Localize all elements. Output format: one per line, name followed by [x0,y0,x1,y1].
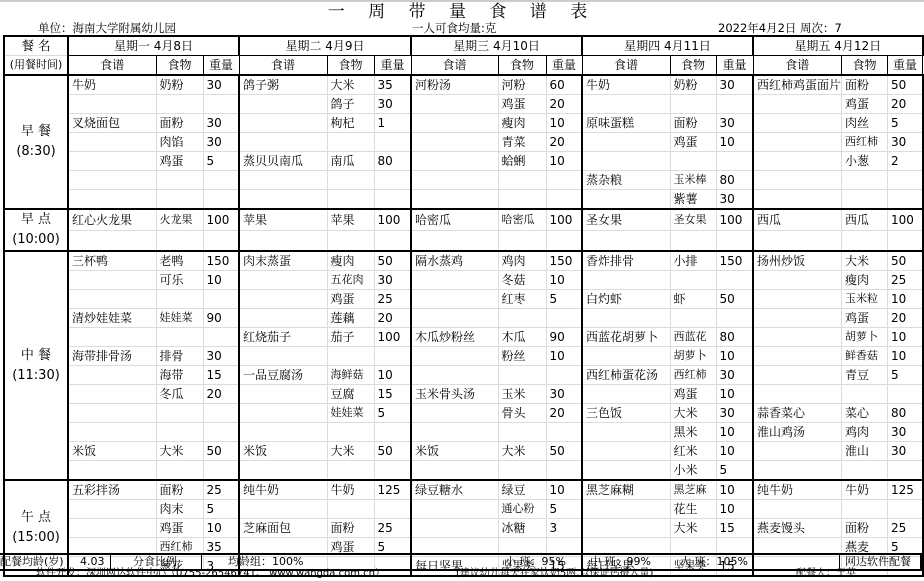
developer-credit: 软件开发：深圳网达软件中心（0755-26546741、 www.wangda.… [36,568,385,580]
menu-cell-dish: 河粉汤 [411,75,498,95]
menu-cell-food [156,328,203,347]
menu-cell-food: 河粉 [498,75,546,95]
menu-cell-qty: 50 [546,442,582,461]
column-header-qty: 重量 [888,56,923,76]
menu-cell-dish: 蒸杂粮 [582,171,670,190]
menu-cell-food: 娃娃菜 [156,309,203,328]
menu-cell-dish [411,95,498,114]
menu-cell-qty: 10 [546,152,582,171]
meal-time: (10:00) [5,230,67,250]
menu-row: 可乐10五花肉30冬菇10瘦肉25 [4,271,923,290]
meal-time: (8:30) [5,142,67,162]
menu-cell-qty: 150 [203,251,239,271]
menu-cell-qty [888,385,923,404]
menu-cell-dish [239,309,327,328]
menu-cell-dish: 木瓜炒粉丝 [411,328,498,347]
menu-cell-qty: 20 [374,309,411,328]
menu-cell-qty: 10 [546,114,582,133]
menu-cell-qty: 1 [374,114,411,133]
menu-cell-qty [546,171,582,190]
menu-cell-food: 鸡蛋 [670,133,716,152]
menu-cell-dish: 西瓜 [753,209,842,230]
menu-cell-qty [888,461,923,481]
menu-cell-food: 肉馅 [156,133,203,152]
menu-cell-dish [411,152,498,171]
menu-cell-dish [411,309,498,328]
menu-cell-qty: 10 [716,442,753,461]
meal-time-header: (用餐时间) [4,56,68,76]
menu-cell-dish: 白灼虾 [582,290,670,309]
menu-cell-food: 西蓝花 [670,328,716,347]
menu-cell-qty: 20 [888,95,923,114]
menu-cell-qty [203,95,239,114]
menu-cell-food: 大米 [842,251,888,271]
menu-row: 海带排骨汤排骨30粉丝10胡萝卜10鲜香菇10 [4,347,923,366]
menu-cell-food: 娃娃菜 [327,404,374,423]
menu-row: 红烧茄子茄子100木瓜炒粉丝木瓜90西蓝花胡萝卜西蓝花80胡萝卜10 [4,328,923,347]
menu-cell-dish [582,152,670,171]
menu-cell-food: 鸡蛋 [842,309,888,328]
menu-cell-food: 粉丝 [498,347,546,366]
menu-cell-food: 大米 [156,442,203,461]
menu-cell-food: 绿豆 [498,480,546,500]
menu-cell-food: 火龙果 [156,209,203,230]
menu-cell-qty [203,190,239,210]
day-header-2: 星期三 4月10日 [411,36,582,56]
menu-cell-dish [68,461,156,481]
menu-cell-food [498,461,546,481]
weekly-menu-table: 餐 名星期一 4月8日星期二 4月9日星期三 4月10日星期四 4月11日星期五… [3,35,924,577]
menu-cell-food [842,230,888,251]
menu-cell-food: 花生 [670,500,716,519]
menu-cell-food: 奶粉 [156,75,203,95]
column-header-dish: 食谱 [753,56,842,76]
menu-cell-food: 鸡蛋 [670,385,716,404]
menu-cell-qty: 15 [374,385,411,404]
menu-cell-qty: 30 [888,442,923,461]
menu-cell-qty [716,152,753,171]
menu-cell-qty: 80 [374,152,411,171]
menu-cell-dish [411,114,498,133]
menu-cell-dish [239,114,327,133]
menu-cell-qty: 125 [888,480,923,500]
menu-cell-qty: 30 [716,366,753,385]
menu-cell-qty: 10 [888,328,923,347]
menu-cell-qty: 100 [888,209,923,230]
meal-name-header: 餐 名 [4,36,68,56]
menu-cell-food: 苹果 [327,209,374,230]
day-header-0: 星期一 4月8日 [68,36,239,56]
menu-cell-food: 骨头 [498,404,546,423]
menu-cell-qty: 5 [716,461,753,481]
menu-cell-dish [753,190,842,210]
menu-cell-food: 老鸭 [156,251,203,271]
menu-cell-qty [546,230,582,251]
menu-cell-dish: 西红柿鸡蛋面片 [753,75,842,95]
menu-cell-dish [68,190,156,210]
menu-cell-dish [753,171,842,190]
menu-cell-dish: 淮山鸡汤 [753,423,842,442]
day-header-1: 星期二 4月9日 [239,36,411,56]
menu-cell-qty [546,190,582,210]
menu-cell-dish: 一品豆腐汤 [239,366,327,385]
menu-cell-dish [68,133,156,152]
menu-cell-dish [239,404,327,423]
menu-cell-dish [239,271,327,290]
menu-cell-food: 五花肉 [327,271,374,290]
menu-cell-qty: 10 [716,385,753,404]
menu-cell-qty: 2 [888,152,923,171]
menu-cell-dish [411,519,498,538]
menu-cell-dish [68,290,156,309]
menu-cell-food [156,95,203,114]
menu-cell-food [842,500,888,519]
menu-cell-dish [753,152,842,171]
meal-time: (15:00) [5,528,67,548]
menu-cell-qty: 10 [546,347,582,366]
menu-cell-dish: 芝麻面包 [239,519,327,538]
meal-name: 早 点 [5,210,67,230]
menu-cell-qty: 25 [374,519,411,538]
menu-cell-dish: 三色饭 [582,404,670,423]
menu-cell-food [327,461,374,481]
menu-cell-dish [411,500,498,519]
menu-cell-dish: 肉末蒸蛋 [239,251,327,271]
menu-cell-qty: 10 [888,290,923,309]
menu-cell-food [498,423,546,442]
menu-cell-qty: 90 [203,309,239,328]
unit-note: 一人可食均量:克 [412,20,496,36]
menu-cell-qty: 30 [716,75,753,95]
menu-row: 午 点(15:00)五彩拌汤面粉25纯牛奶牛奶125绿豆糖水绿豆10黑芝麻糊黑芝… [4,480,923,500]
menu-cell-food: 豆腐 [327,385,374,404]
menu-cell-food: 哈密瓜 [498,209,546,230]
menu-cell-dish: 苹果 [239,209,327,230]
column-header-dish: 食谱 [411,56,498,76]
menu-cell-food [670,230,716,251]
menu-cell-dish: 隔水蒸鸡 [411,251,498,271]
menu-cell-qty: 50 [716,290,753,309]
menu-cell-food: 牛奶 [327,480,374,500]
menu-cell-food: 面粉 [842,519,888,538]
menu-cell-dish [68,423,156,442]
menu-cell-qty: 10 [716,133,753,152]
menu-cell-qty [203,230,239,251]
menu-cell-food: 木瓜 [498,328,546,347]
menu-cell-food: 瘦肉 [498,114,546,133]
menu-cell-food: 鸡蛋 [156,519,203,538]
menu-cell-food [670,271,716,290]
menu-cell-dish [411,190,498,210]
menu-cell-dish [753,328,842,347]
meal-label: 早 点(10:00) [4,209,68,251]
menu-cell-dish [411,366,498,385]
menu-cell-qty [203,290,239,309]
menu-cell-dish [239,171,327,190]
menu-cell-qty: 20 [546,133,582,152]
menu-cell-qty: 20 [546,404,582,423]
menu-cell-dish: 鸽子粥 [239,75,327,95]
menu-cell-dish [582,347,670,366]
menu-cell-qty: 80 [888,404,923,423]
menu-cell-food: 玉米粒 [842,290,888,309]
header-row-columns: (用餐时间)食谱食物重量食谱食物重量食谱食物重量食谱食物重量食谱食物重量 [4,56,923,76]
menu-cell-food: 莲藕 [327,309,374,328]
meal-time: (11:30) [5,366,67,386]
menu-cell-qty: 15 [203,366,239,385]
menu-cell-qty [546,366,582,385]
menu-cell-dish [68,519,156,538]
menu-cell-food: 肉丝 [842,114,888,133]
menu-cell-food [327,500,374,519]
menu-cell-dish: 蒸贝贝南瓜 [239,152,327,171]
menu-cell-qty: 30 [203,347,239,366]
menu-cell-food: 西红柿 [670,366,716,385]
menu-cell-food [327,171,374,190]
menu-cell-dish [582,519,670,538]
menu-cell-food: 面粉 [842,75,888,95]
menu-cell-dish: 黑芝麻糊 [582,480,670,500]
menu-row: 紫薯30 [4,190,923,210]
menu-cell-qty: 10 [716,500,753,519]
menu-cell-food [156,190,203,210]
menu-cell-food: 鸡肉 [842,423,888,442]
menu-cell-qty: 80 [716,171,753,190]
meal-name: 中 餐 [5,346,67,366]
menu-cell-dish: 蒜香菜心 [753,404,842,423]
menu-cell-dish [582,385,670,404]
menu-cell-qty [716,230,753,251]
menu-row: 肉末5通心粉5花生10 [4,500,923,519]
menu-cell-dish: 红烧茄子 [239,328,327,347]
menu-cell-dish [411,171,498,190]
avg-age-label: 配餐均龄(岁) [0,555,64,569]
menu-cell-qty: 10 [546,480,582,500]
menu-cell-food [842,385,888,404]
menu-cell-dish [582,190,670,210]
menu-cell-qty: 30 [374,95,411,114]
menu-cell-qty [888,230,923,251]
menu-cell-food: 鸽子 [327,95,374,114]
menu-cell-qty [374,230,411,251]
menu-cell-dish [68,404,156,423]
avg-age-value: 4.03 [80,555,105,569]
menu-cell-food: 奶粉 [670,75,716,95]
menu-cell-qty: 30 [888,423,923,442]
menu-cell-dish: 西红柿蛋花汤 [582,366,670,385]
menu-cell-dish [239,190,327,210]
menu-cell-food: 面粉 [327,519,374,538]
menu-cell-qty: 30 [203,114,239,133]
menu-cell-food: 大米 [327,75,374,95]
menu-cell-food: 胡萝卜 [842,328,888,347]
menu-cell-dish: 哈密瓜 [411,209,498,230]
ratio-large-class: 大 班：105% [680,555,748,569]
menu-cell-food: 玉米棒 [670,171,716,190]
menu-row: 中 餐(11:30)三杯鸭老鸭150肉末蒸蛋瘦肉50隔水蒸鸡鸡肉150香炸排骨小… [4,251,923,271]
menu-cell-qty: 5 [546,290,582,309]
ratio-small-class: 小 班：95% [505,555,566,569]
menu-cell-qty: 10 [716,423,753,442]
menu-row: 小米5 [4,461,923,481]
menu-cell-qty: 125 [374,480,411,500]
menu-row: 鸽子30鸡蛋20鸡蛋20 [4,95,923,114]
menu-cell-dish: 海带排骨汤 [68,347,156,366]
menu-cell-dish [411,423,498,442]
menu-cell-dish [411,461,498,481]
menu-cell-food: 红枣 [498,290,546,309]
menu-cell-dish: 绿豆糖水 [411,480,498,500]
menu-cell-dish [239,290,327,309]
menu-cell-qty: 50 [374,251,411,271]
menu-row [4,230,923,251]
menu-cell-qty: 25 [374,290,411,309]
menu-cell-qty: 60 [546,75,582,95]
menu-cell-qty [374,190,411,210]
menu-cell-dish [753,461,842,481]
menu-cell-qty: 5 [888,114,923,133]
menu-cell-dish: 香炸排骨 [582,251,670,271]
menu-cell-food: 大米 [670,404,716,423]
menu-cell-food [842,190,888,210]
ratio-label: 分食比例 [133,555,177,569]
menu-cell-food: 瘦肉 [327,251,374,271]
menu-cell-dish [68,230,156,251]
menu-cell-dish [582,500,670,519]
unit-label: 单位：海南大学附属幼儿园 [38,20,176,36]
menu-cell-food: 可乐 [156,271,203,290]
menu-cell-qty: 100 [716,209,753,230]
column-header-dish: 食谱 [239,56,327,76]
menu-cell-food: 鸡蛋 [842,95,888,114]
menu-cell-food [156,230,203,251]
menu-cell-dish [239,423,327,442]
menu-cell-qty: 5 [546,500,582,519]
menu-cell-qty [374,133,411,152]
menu-row: 米饭大米50米饭大米50米饭大米50红米10淮山30 [4,442,923,461]
software-badge: 网达软件配餐 [845,555,911,569]
menu-cell-dish [753,290,842,309]
column-header-qty: 重量 [203,56,239,76]
menu-cell-food [327,230,374,251]
column-header-food: 食物 [670,56,716,76]
column-header-qty: 重量 [546,56,582,76]
menu-cell-food: 紫薯 [670,190,716,210]
menu-cell-dish: 扬州炒饭 [753,251,842,271]
menu-cell-food [670,152,716,171]
column-header-qty: 重量 [716,56,753,76]
menu-cell-dish [68,271,156,290]
menu-cell-qty: 30 [716,404,753,423]
meal-name: 早 餐 [5,122,67,142]
menu-cell-qty: 25 [888,519,923,538]
menu-cell-food: 大米 [670,519,716,538]
menu-row: 肉馅30青菜20鸡蛋10西红柿30 [4,133,923,152]
menu-cell-qty [888,190,923,210]
date-week-label: 2022年4月2日 周次：7 [718,20,842,36]
ratio-all-ages: 均龄组：100% [228,555,303,569]
menu-row: 鸡蛋25红枣5白灼虾虾50玉米粒10 [4,290,923,309]
menu-cell-dish [239,385,327,404]
menu-cell-qty: 25 [203,480,239,500]
menu-cell-qty: 30 [203,75,239,95]
menu-cell-qty [203,423,239,442]
menu-cell-qty: 15 [716,519,753,538]
menu-cell-food: 冬瓜 [156,385,203,404]
menu-cell-food: 菜心 [842,404,888,423]
menu-cell-food [842,171,888,190]
menu-cell-food [327,133,374,152]
menu-cell-qty: 25 [888,271,923,290]
menu-cell-food: 鲜香菇 [842,347,888,366]
menu-cell-qty [203,171,239,190]
menu-cell-food: 青菜 [498,133,546,152]
menu-cell-qty [716,309,753,328]
menu-row: 鸡蛋10芝麻面包面粉25冰糖3大米15燕麦馒头面粉25 [4,519,923,538]
meal-label: 中 餐(11:30) [4,251,68,480]
menu-row: 早 餐(8:30)牛奶奶粉30鸽子粥大米35河粉汤河粉60牛奶奶粉30西红柿鸡蛋… [4,75,923,95]
menu-cell-food: 红米 [670,442,716,461]
menu-cell-dish: 圣女果 [582,209,670,230]
menu-cell-food [327,190,374,210]
menu-cell-food: 蛤蜊 [498,152,546,171]
menu-cell-qty [374,423,411,442]
menu-cell-food [498,366,546,385]
menu-cell-food [842,461,888,481]
menu-row: 蒸杂粮玉米棒80 [4,171,923,190]
menu-cell-dish [411,133,498,152]
menu-row: 鸡蛋5蒸贝贝南瓜南瓜80蛤蜊10小葱2 [4,152,923,171]
menu-cell-qty: 150 [546,251,582,271]
menu-cell-qty: 35 [374,75,411,95]
menu-cell-food [156,290,203,309]
menu-cell-dish [582,309,670,328]
menu-row: 叉烧面包面粉30枸杞1瘦肉10原味蛋糕面粉30肉丝5 [4,114,923,133]
menu-cell-qty: 30 [203,133,239,152]
menu-cell-food: 青豆 [842,366,888,385]
menu-cell-dish [582,230,670,251]
menu-cell-qty: 50 [203,442,239,461]
menu-cell-food: 黑米 [670,423,716,442]
menu-cell-qty: 10 [203,519,239,538]
menu-cell-dish [68,171,156,190]
menu-cell-food [156,461,203,481]
menu-cell-dish [239,500,327,519]
menu-cell-qty: 10 [716,480,753,500]
menu-row: 娃娃菜5骨头20三色饭大米30蒜香菜心菜心80 [4,404,923,423]
menu-cell-dish [68,95,156,114]
menu-cell-food: 枸杞 [327,114,374,133]
menu-cell-qty: 5 [888,366,923,385]
menu-row: 冬瓜20豆腐15玉米骨头汤玉米30鸡蛋10 [4,385,923,404]
menu-cell-food: 圣女果 [670,209,716,230]
menu-cell-dish: 红心火龙果 [68,209,156,230]
menu-cell-food [156,404,203,423]
menu-cell-food: 茄子 [327,328,374,347]
menu-cell-dish [411,404,498,423]
menu-cell-dish [753,309,842,328]
menu-cell-food: 冬菇 [498,271,546,290]
menu-cell-dish [239,95,327,114]
menu-cell-dish [582,461,670,481]
menu-cell-food [327,423,374,442]
menu-cell-food: 面粉 [156,480,203,500]
page-title: 一 周 带 量 食 谱 表 [0,0,924,22]
menu-cell-food [156,423,203,442]
menu-cell-food: 海带 [156,366,203,385]
menu-cell-qty: 10 [716,347,753,366]
menu-cell-dish: 三杯鸭 [68,251,156,271]
